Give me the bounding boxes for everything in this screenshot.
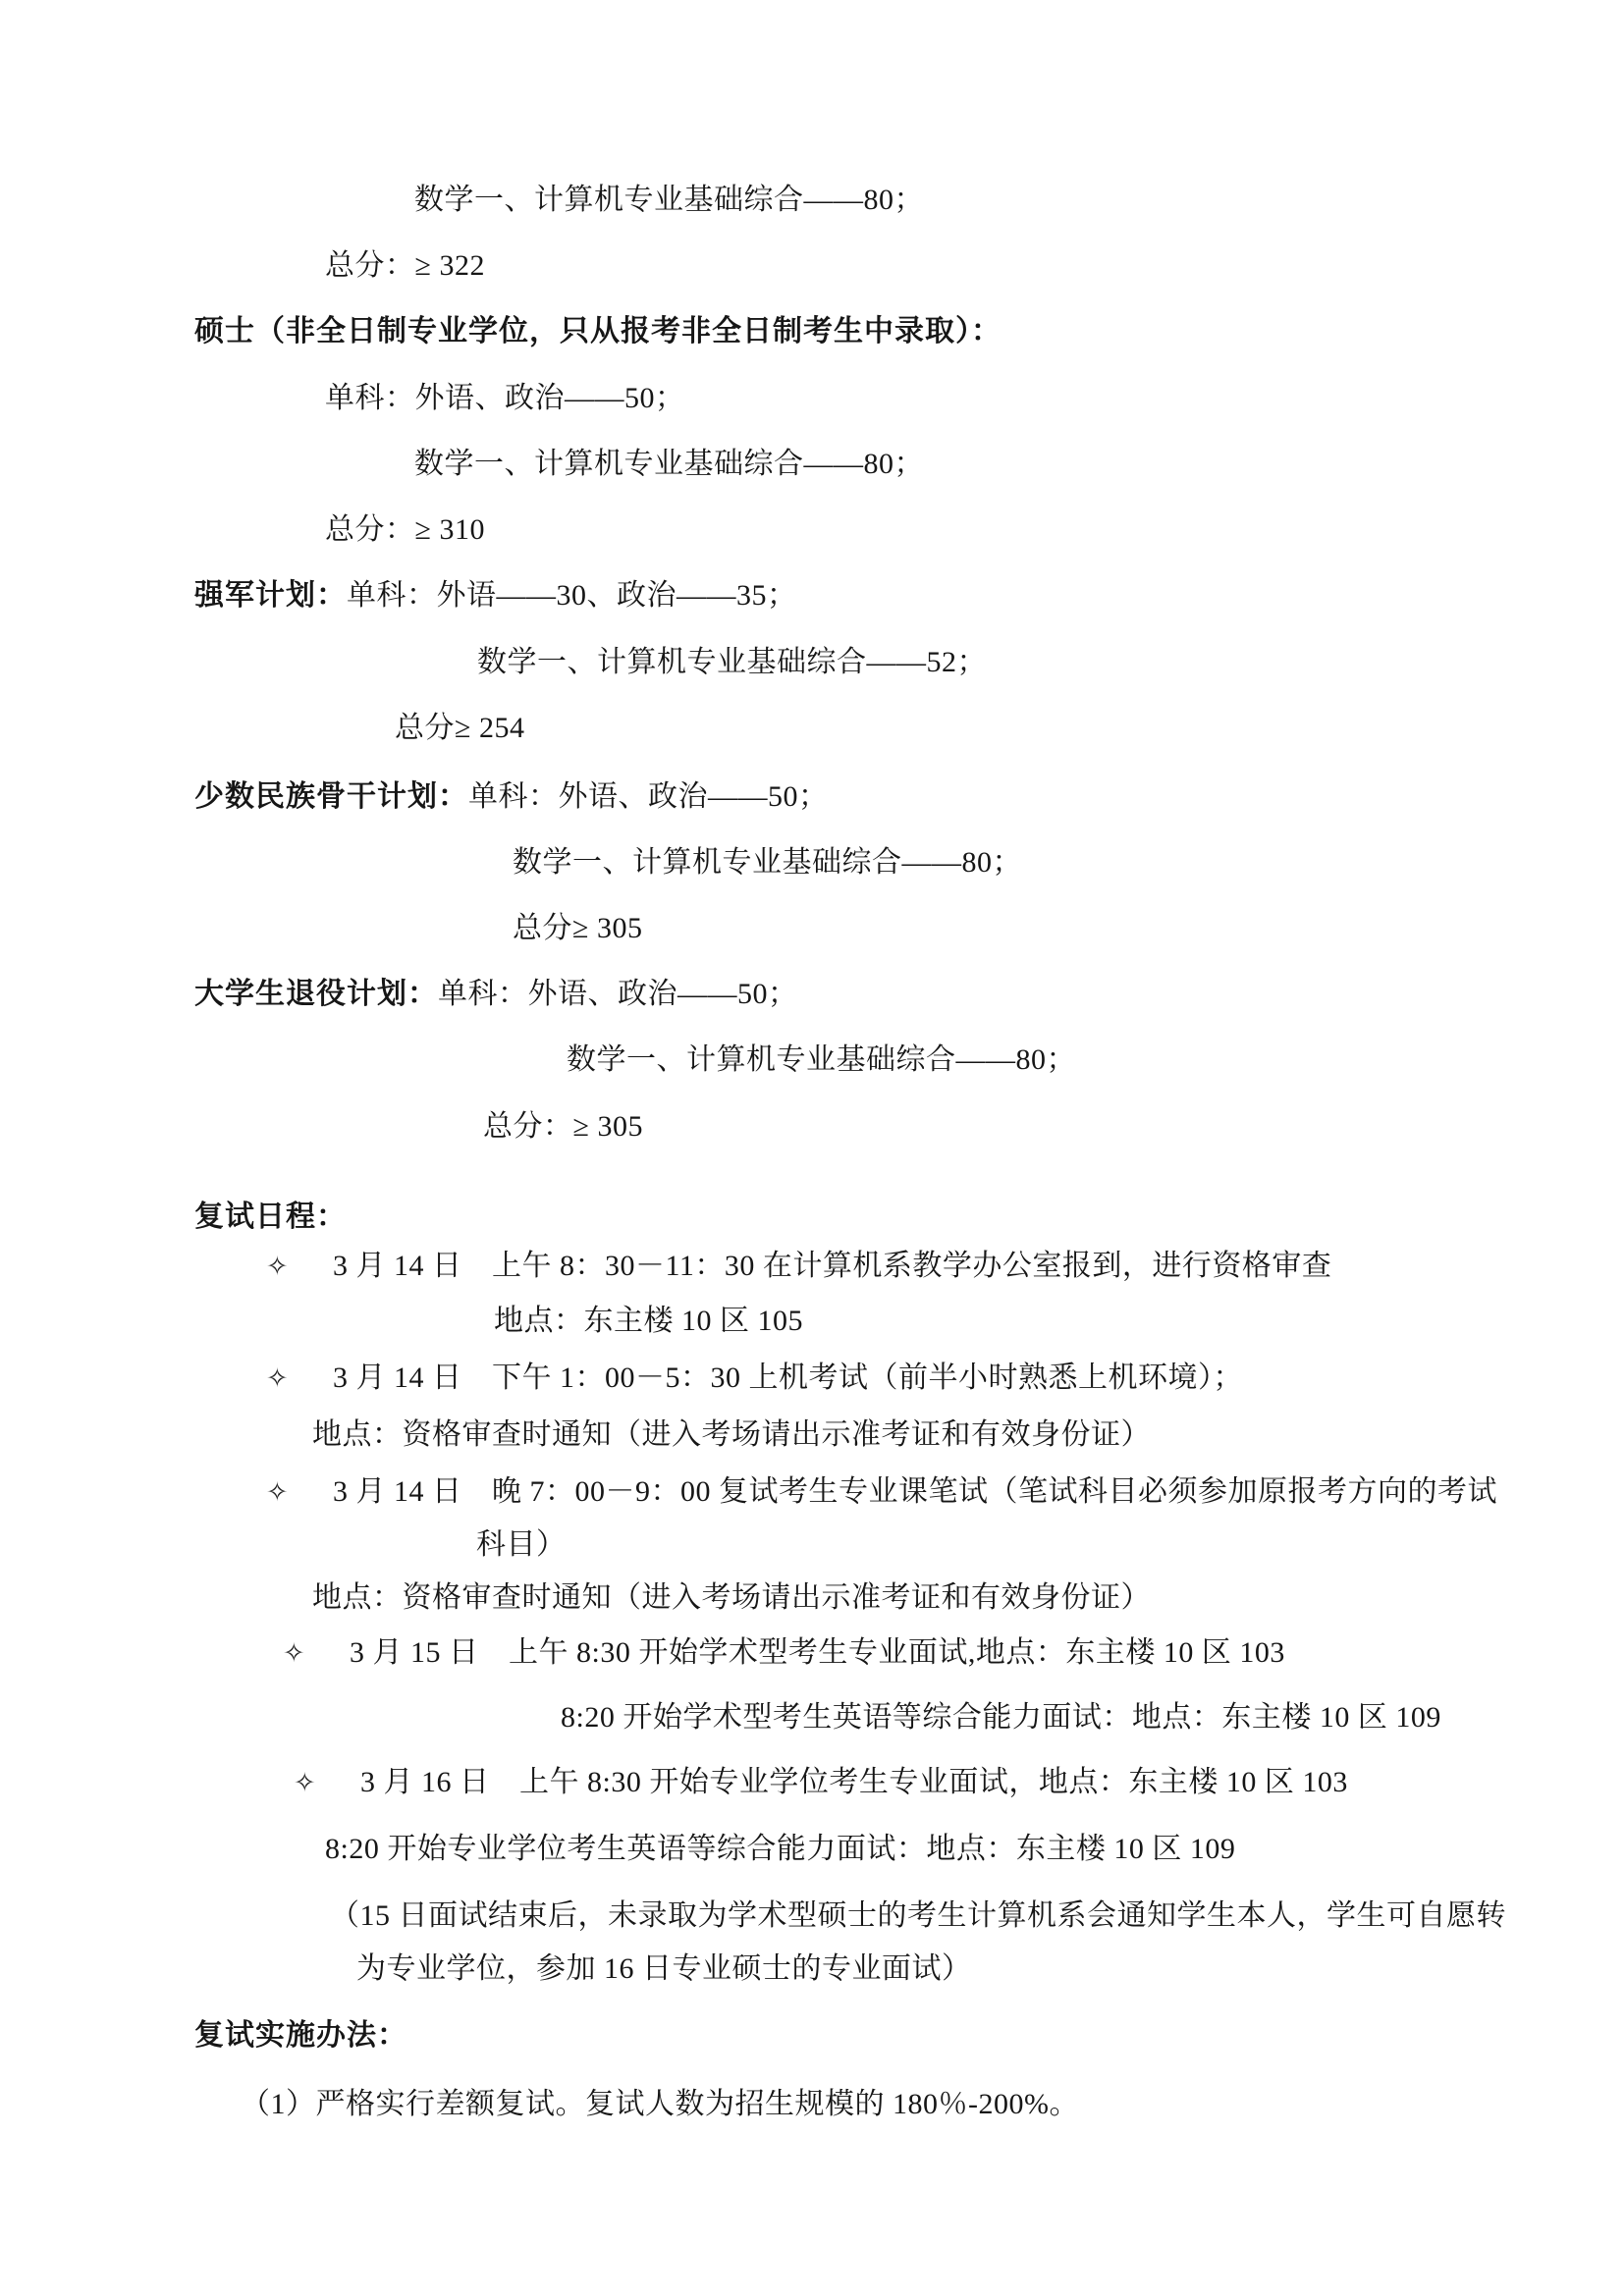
heading-text: 复试实施办法： <box>194 2019 407 2052</box>
section-heading-method: 复试实施办法： <box>194 2018 407 2054</box>
body-text: 单科：外语、政治——50； <box>325 382 685 414</box>
body-text: 数学一、计算机专业基础综合——80； <box>567 1043 1076 1076</box>
location-line: 地点：资格审查时通知（进入考场请出示准考证和有效身份证） <box>312 1417 1151 1453</box>
heading-text: 硕士（非全日制专业学位，只从报考非全日制考生中录取）： <box>194 315 1001 347</box>
body-text: 3 月 14 日 晚 7：00－9：00 复试考生专业课笔试（笔试科目必须参加原… <box>333 1475 1497 1508</box>
body-text: 数学一、计算机专业基础综合——52； <box>477 646 987 678</box>
schedule-item: ✧3 月 14 日 下午 1：00－5：30 上机考试（前半小时熟悉上机环境）； <box>266 1361 1243 1396</box>
schedule-item-continuation: 8:20 开始专业学位考生英语等综合能力面试：地点：东主楼 10 区 109 <box>325 1832 1235 1867</box>
schedule-item-continuation: 科目） <box>476 1527 567 1563</box>
body-text: 单科：外语、政治——50； <box>438 978 798 1010</box>
body-text: 为专业学位，参加 16 日专业硕士的专业面试） <box>356 1952 972 1985</box>
body-text: 总分：≥ 322 <box>325 249 485 282</box>
schedule-item: ✧3 月 14 日 上午 8：30－11：30 在计算机系教学办公室报到，进行资… <box>266 1249 1331 1284</box>
diamond-bullet-icon: ✧ <box>266 1362 333 1394</box>
body-text: 总分≥ 305 <box>513 912 642 944</box>
subject-score-line: 数学一、计算机专业基础综合——80； <box>414 447 924 482</box>
total-score-line: 总分：≥ 322 <box>325 248 485 284</box>
body-text: 科目） <box>476 1528 567 1561</box>
body-text: （1）严格实行差额复试。复试人数为招生规模的 180％-200%。 <box>241 2088 1079 2120</box>
diamond-bullet-icon: ✧ <box>266 1251 333 1282</box>
location-line: 地点：东主楼 10 区 105 <box>494 1304 803 1339</box>
total-score-line: 总分≥ 305 <box>513 911 642 946</box>
subject-score-line: 数学一、计算机专业基础综合——80； <box>414 183 924 218</box>
document-page: 数学一、计算机专业基础综合——80；总分：≥ 322硕士（非全日制专业学位，只从… <box>0 0 1624 2296</box>
subject-score-line: 数学一、计算机专业基础综合——80； <box>567 1042 1076 1078</box>
total-score-line: 总分≥ 254 <box>395 711 524 746</box>
subject-score-line: 数学一、计算机专业基础综合——52； <box>477 645 987 680</box>
body-text: （15 日面试结束后，未录取为学术型硕士的考生计算机系会通知学生本人，学生可自愿… <box>330 1899 1506 1932</box>
single-subject-line: 单科：外语、政治——50； <box>325 381 685 416</box>
body-text: 8:20 开始学术型考生英语等综合能力面试：地点：东主楼 10 区 109 <box>561 1701 1441 1734</box>
plan-veteran-line: 大学生退役计划：单科：外语、政治——50； <box>194 977 798 1012</box>
total-score-line: 总分：≥ 305 <box>483 1109 643 1145</box>
heading-text: 少数民族骨干计划： <box>194 780 468 813</box>
body-text: 数学一、计算机专业基础综合——80； <box>513 846 1022 879</box>
body-text: 8:20 开始专业学位考生英语等综合能力面试：地点：东主楼 10 区 109 <box>325 1833 1235 1865</box>
body-text: 3 月 14 日 下午 1：00－5：30 上机考试（前半小时熟悉上机环境）； <box>333 1362 1243 1394</box>
body-text: 单科：外语、政治——50； <box>468 780 829 813</box>
method-item: （1）严格实行差额复试。复试人数为招生规模的 180％-200%。 <box>241 2087 1079 2122</box>
body-text: 总分：≥ 310 <box>325 513 485 546</box>
section-heading-nonfulltime: 硕士（非全日制专业学位，只从报考非全日制考生中录取）： <box>194 314 1001 349</box>
body-text: 总分≥ 254 <box>395 712 524 744</box>
plan-qiangjun-line: 强军计划：单科：外语——30、政治——35； <box>194 578 797 614</box>
location-line: 地点：资格审查时通知（进入考场请出示准考证和有效身份证） <box>312 1580 1151 1616</box>
heading-text: 复试日程： <box>194 1201 347 1233</box>
body-text: 单科：外语——30、政治——35； <box>347 579 797 612</box>
note-line-continuation: 为专业学位，参加 16 日专业硕士的专业面试） <box>356 1951 972 1987</box>
body-text: 地点：资格审查时通知（进入考场请出示准考证和有效身份证） <box>312 1581 1151 1614</box>
body-text: 3 月 14 日 上午 8：30－11：30 在计算机系教学办公室报到，进行资格… <box>333 1250 1331 1282</box>
body-text: 数学一、计算机专业基础综合——80； <box>414 448 924 480</box>
schedule-item-continuation: 8:20 开始学术型考生英语等综合能力面试：地点：东主楼 10 区 109 <box>561 1700 1441 1735</box>
total-score-line: 总分：≥ 310 <box>325 512 485 548</box>
body-text: 数学一、计算机专业基础综合——80； <box>414 184 924 216</box>
heading-text: 强军计划： <box>194 579 347 612</box>
body-text: 地点：东主楼 10 区 105 <box>494 1305 803 1337</box>
section-heading-schedule: 复试日程： <box>194 1200 347 1235</box>
diamond-bullet-icon: ✧ <box>283 1637 350 1669</box>
body-text: 地点：资格审查时通知（进入考场请出示准考证和有效身份证） <box>312 1418 1151 1451</box>
subject-score-line: 数学一、计算机专业基础综合——80； <box>513 845 1022 881</box>
body-text: 3 月 16 日 上午 8:30 开始专业学位考生专业面试，地点：东主楼 10 … <box>360 1766 1348 1798</box>
note-line: （15 日面试结束后，未录取为学术型硕士的考生计算机系会通知学生本人，学生可自愿… <box>330 1898 1506 1934</box>
diamond-bullet-icon: ✧ <box>294 1767 360 1798</box>
schedule-item: ✧3 月 16 日 上午 8:30 开始专业学位考生专业面试，地点：东主楼 10… <box>294 1765 1348 1800</box>
plan-minority-line: 少数民族骨干计划：单科：外语、政治——50； <box>194 779 829 815</box>
diamond-bullet-icon: ✧ <box>266 1476 333 1508</box>
schedule-item: ✧3 月 14 日 晚 7：00－9：00 复试考生专业课笔试（笔试科目必须参加… <box>266 1474 1497 1510</box>
schedule-item: ✧3 月 15 日 上午 8:30 开始学术型考生专业面试,地点：东主楼 10 … <box>283 1635 1285 1671</box>
body-text: 3 月 15 日 上午 8:30 开始学术型考生专业面试,地点：东主楼 10 区… <box>350 1636 1285 1669</box>
heading-text: 大学生退役计划： <box>194 978 438 1010</box>
body-text: 总分：≥ 305 <box>483 1110 643 1143</box>
